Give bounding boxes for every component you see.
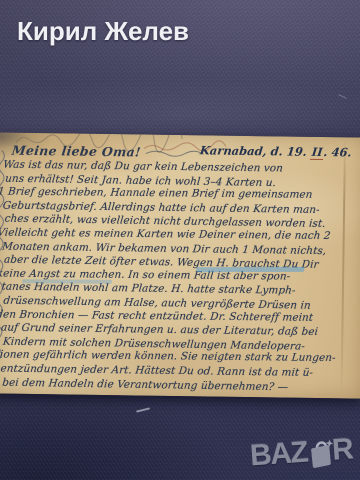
dateline-place: Karnabad, d. 19. [199,143,308,158]
letter-salutation: Meine liebe Oma! [11,143,142,160]
bazar-watermark: BAZ R [249,432,353,473]
watermark-text-left: BAZ [249,436,308,474]
letter-dateline: Karnabad, d. 19. II. 46. [199,143,352,159]
seller-name: Кирил Желев [17,16,189,47]
postcard-photo: Meine liebe Oma! Karnabad, d. 19. II. 46… [0,132,360,398]
listing-photo: Кирил Желев Meine liebe Oma! Karnabad, d… [0,0,360,480]
blue-crayon-underline [196,267,304,272]
shopping-bag-icon [305,436,334,471]
blue-crayon-underline [22,279,112,283]
dateline-year: . 46. [323,145,353,159]
letter-body: Was ist das nur, daß Du gar kein Lebensz… [0,158,360,394]
